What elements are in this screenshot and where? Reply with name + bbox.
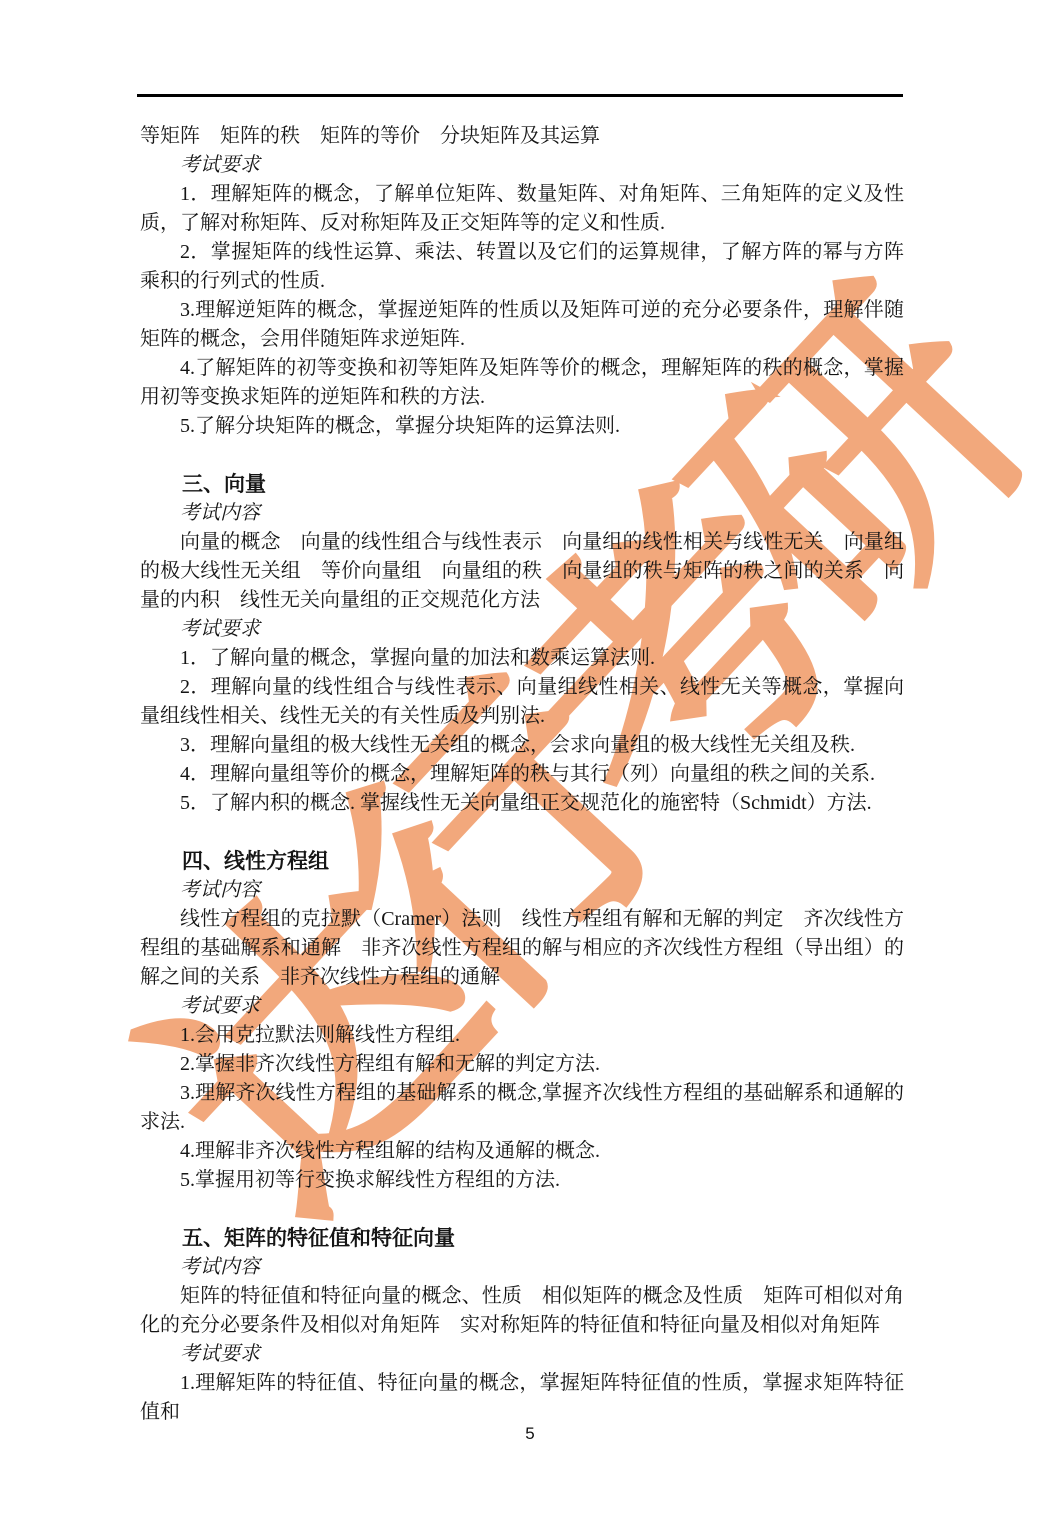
section-heading-linear-equations: 四、线性方程组 — [140, 847, 904, 876]
syllabus-item: 5．了解内积的概念. 掌握线性无关向量组正交规范化的施密特（Schmidt）方法… — [140, 789, 904, 818]
document-page: 达行考研 等矩阵 矩阵的秩 矩阵的等价 分块矩阵及其运算 考试要求 1．理解矩阵… — [0, 0, 1060, 1532]
section-heading-vectors: 三、向量 — [140, 470, 904, 499]
syllabus-item: 3.理解齐次线性方程组的基础解系的概念,掌握齐次线性方程组的基础解系和通解的求法… — [140, 1079, 904, 1137]
syllabus-item: 1．理解矩阵的概念，了解单位矩阵、数量矩阵、对角矩阵、三角矩阵的定义及性质，了解… — [140, 180, 904, 238]
page-content: 等矩阵 矩阵的秩 矩阵的等价 分块矩阵及其运算 考试要求 1．理解矩阵的概念，了… — [140, 122, 904, 1427]
section-heading-eigenvalues: 五、矩阵的特征值和特征向量 — [140, 1224, 904, 1253]
syllabus-item: 3．理解向量组的极大线性无关组的概念，会求向量组的极大线性无关组及秩. — [140, 731, 904, 760]
page-number: 5 — [0, 1424, 1060, 1444]
syllabus-item: 1．了解向量的概念，掌握向量的加法和数乘运算法则. — [140, 644, 904, 673]
syllabus-item: 2．掌握矩阵的线性运算、乘法、转置以及它们的运算规律，了解方阵的幂与方阵乘积的行… — [140, 238, 904, 296]
syllabus-item: 1.会用克拉默法则解线性方程组. — [140, 1021, 904, 1050]
syllabus-item: 5.掌握用初等行变换求解线性方程组的方法. — [140, 1166, 904, 1195]
exam-requirement-label: 考试要求 — [140, 1340, 904, 1369]
topic-list-paragraph: 向量的概念 向量的线性组合与线性表示 向量组的线性相关与线性无关 向量组的极大线… — [140, 528, 904, 615]
exam-requirement-label: 考试要求 — [140, 151, 904, 180]
exam-content-label: 考试内容 — [140, 876, 904, 905]
syllabus-item: 5.了解分块矩阵的概念，掌握分块矩阵的运算法则. — [140, 412, 904, 441]
syllabus-item: 1.理解矩阵的特征值、特征向量的概念，掌握矩阵特征值的性质，掌握求矩阵特征值和 — [140, 1369, 904, 1427]
header-rule — [137, 94, 903, 97]
exam-requirement-label: 考试要求 — [140, 615, 904, 644]
syllabus-item: 2.掌握非齐次线性方程组有解和无解的判定方法. — [140, 1050, 904, 1079]
syllabus-item: 4.了解矩阵的初等变换和初等矩阵及矩阵等价的概念，理解矩阵的秩的概念，掌握用初等… — [140, 354, 904, 412]
exam-content-label: 考试内容 — [140, 499, 904, 528]
syllabus-item: 4．理解向量组等价的概念，理解矩阵的秩与其行（列）向量组的秩之间的关系. — [140, 760, 904, 789]
exam-requirement-label: 考试要求 — [140, 992, 904, 1021]
syllabus-item: 2．理解向量的线性组合与线性表示、向量组线性相关、线性无关等概念，掌握向量组线性… — [140, 673, 904, 731]
topic-list-line: 等矩阵 矩阵的秩 矩阵的等价 分块矩阵及其运算 — [140, 122, 904, 151]
syllabus-item: 3.理解逆矩阵的概念，掌握逆矩阵的性质以及矩阵可逆的充分必要条件，理解伴随矩阵的… — [140, 296, 904, 354]
exam-content-label: 考试内容 — [140, 1253, 904, 1282]
topic-list-paragraph: 矩阵的特征值和特征向量的概念、性质 相似矩阵的概念及性质 矩阵可相似对角化的充分… — [140, 1282, 904, 1340]
topic-list-paragraph: 线性方程组的克拉默（Cramer）法则 线性方程组有解和无解的判定 齐次线性方程… — [140, 905, 904, 992]
syllabus-item: 4.理解非齐次线性方程组解的结构及通解的概念. — [140, 1137, 904, 1166]
